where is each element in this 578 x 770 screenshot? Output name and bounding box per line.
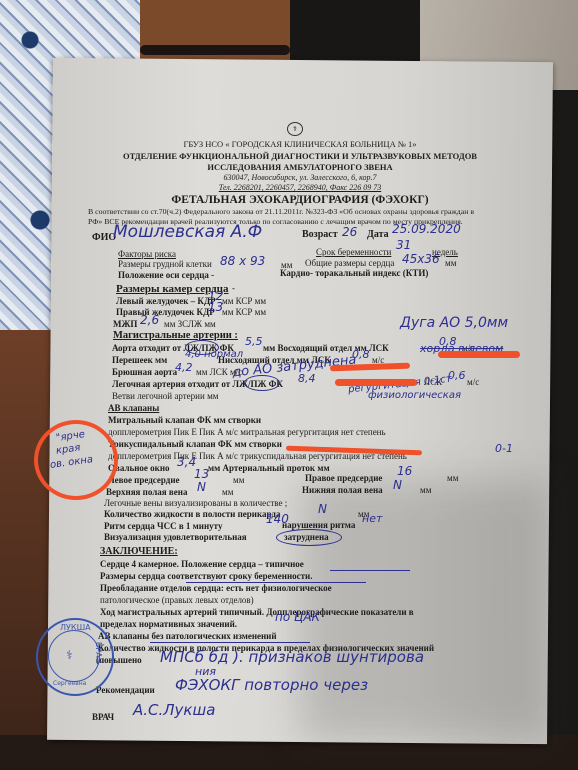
redaction-mark	[335, 379, 417, 386]
tricuspid-degree-value: 0-1	[495, 443, 513, 454]
unit: мм	[420, 486, 431, 495]
chest-size-label: Размеры грудной клетки	[118, 260, 212, 269]
av-valves-label: АВ клапаны	[108, 404, 159, 413]
dept-line1: ОТДЕЛЕНИЕ ФУНКЦИОНАЛЬНОЙ ДИАГНОСТИКИ И У…	[100, 152, 500, 161]
date-label: Дата	[367, 230, 389, 240]
conclusion-line4: патологическое (правых левых отделов)	[100, 596, 254, 605]
conclusion-line3: Преобладание отделов сердца: есть нет фи…	[100, 584, 332, 593]
visualization-label: Визуализация удовлетворительная	[104, 533, 247, 542]
pulmonary-veins-row: Легочные вены визуализированы в количест…	[104, 499, 287, 508]
ivc-value: N	[393, 479, 402, 491]
conclusion-line5: Ход магистральных артерий типичный. Допп…	[100, 608, 414, 617]
hospital-logo-icon: ⚕	[287, 122, 303, 136]
underline	[330, 570, 410, 571]
rv-label: Правый желудочек КДР	[116, 308, 215, 317]
address: 630047, Новосибирск, ул. Залесского, 6, …	[150, 174, 450, 182]
org-name: ГБУЗ НСО « ГОРОДСКАЯ КЛИНИЧЕСКАЯ БОЛЬНИЦ…	[130, 140, 470, 149]
gestation-label: Срок беременности	[316, 248, 391, 257]
legal-line1: В соответствии со ст.70(ч.2) Федеральног…	[88, 208, 474, 216]
doctor-signature: А.С.Лукша	[133, 703, 215, 718]
conclusion-line1: Сердце 4 камерное. Положение сердца – ти…	[100, 560, 304, 569]
isthmus-row: Перешеек мм	[112, 356, 167, 365]
rhythm-label: Ритм сердца ЧСС в 1 минуту	[104, 522, 222, 531]
rv-value: 13	[208, 301, 223, 313]
conclusion-title: ЗАКЛЮЧЕНИЕ:	[100, 547, 178, 557]
stamp-text-right: ВРАЧ	[94, 642, 103, 663]
note-physiological: физиологическая	[368, 391, 461, 401]
unit: мм	[233, 476, 244, 485]
pericardium-value: N	[318, 503, 327, 515]
conclusion-line9-note: МПСб бд ). признаков шунтирова	[160, 650, 424, 665]
ductus-row: мм Артериальный проток мм	[208, 464, 330, 473]
mzhp-rest: мм ЗСЛЖ мм	[164, 320, 216, 329]
risk-factors-label: Факторы риска	[118, 250, 176, 259]
abdominal-aorta-label: Брюшная аорта	[112, 368, 177, 377]
background-stripe	[140, 45, 290, 55]
age-value: 26	[342, 226, 357, 238]
heart-size-label: Общие размеры сердца	[305, 259, 394, 268]
recommendations-value: ФЭХОКГ повторно через	[175, 678, 368, 693]
phones: Тел. 2268201, 2260457, 2268940, Факс 226…	[150, 184, 450, 192]
document-title: ФЕТАЛЬНАЯ ЭХОКАРДИОГРАФИЯ (ФЭХОКГ)	[120, 195, 480, 207]
heart-size-value: 45x36	[402, 253, 440, 265]
svc-value: N	[197, 481, 206, 493]
dept-line2: ИССЛЕДОВАНИЯ АМБУЛАТОРНОГО ЗВЕНА	[130, 163, 470, 172]
chest-size-value: 88 x 93	[220, 255, 265, 267]
doctor-stamp: ЛУКША ВРАЧ Сергеевна ⚕	[36, 618, 114, 696]
gestation-value: 31	[396, 239, 411, 251]
visualization-circle	[276, 529, 342, 546]
lv-label: Левый желудочек – КДР	[116, 297, 216, 306]
mzhp-value: 2,6	[140, 314, 159, 326]
stamp-text-top: ЛУКША	[60, 623, 91, 632]
arteries-label: Магистральные артерии :	[113, 331, 238, 342]
mzhp-label: МЖП	[113, 320, 137, 329]
dash: -	[232, 284, 235, 293]
ivc-label: Нижняя полая вена	[302, 486, 383, 495]
la-value: 13	[194, 468, 209, 480]
pericardium-label: Количество жидкости в полости перикарда	[104, 510, 280, 519]
heart-axis-label: Положение оси сердца -	[118, 271, 214, 280]
abdominal-aorta-value: 4,2	[175, 362, 193, 373]
fio-value: Мошлевская А.Ф	[113, 224, 262, 241]
tricuspid-row: Трикуспидальный клапан ФК мм створки	[108, 440, 282, 449]
lv-ksr: мм КСР мм	[222, 297, 266, 306]
pa-fk-value: 8,4	[298, 373, 316, 384]
conclusion-line6-note: по ЦАК	[275, 611, 320, 623]
doctor-label: ВРАЧ	[92, 713, 114, 722]
aorta-rest: мм Восходящий отдел мм ЛСК	[263, 344, 389, 353]
rhythm-disturbance-value: нет	[362, 513, 382, 524]
tricuspid-doppler-row: допплерометрия Пик Е Пик А м/с трикуспид…	[108, 452, 407, 461]
date-value: 25.09.2020	[392, 223, 461, 235]
rv-ksr: мм КСР мм	[222, 308, 266, 317]
mitral-row: Митральный клапан ФК мм створки	[108, 416, 261, 425]
aorta-fk-value: 5,5	[245, 336, 263, 347]
recommendations-label: Рекомендации	[96, 686, 155, 695]
note-aortic-arch: Дуга АО 5,0мм	[400, 316, 508, 330]
ra-value: 16	[397, 465, 412, 477]
conclusion-line2: Размеры сердца соответствуют сроку берем…	[100, 572, 312, 581]
conclusion-line7: АВ клапаны без патологических изменений	[98, 632, 277, 641]
unit: мм	[445, 259, 456, 268]
ra-label: Правое предсердие	[305, 474, 382, 483]
stamp-text-bottom: Сергеевна	[53, 680, 86, 687]
conclusion-line6: пределах нормативных значений.	[100, 620, 237, 629]
mitral-doppler-row: допплерометрия Пик Е Пик А м/с митральна…	[108, 428, 386, 437]
unit: мм	[222, 488, 233, 497]
unit: м/с	[467, 378, 479, 387]
pa-branches-row: Ветви легочной артерии мм	[112, 392, 218, 401]
unit: мм	[447, 474, 458, 483]
stamp-inner-ring	[48, 630, 100, 682]
svc-label: Верхняя полая вена	[106, 488, 187, 497]
age-label: Возраст	[302, 230, 338, 240]
la-label: Левое предсердие	[108, 476, 180, 485]
caduceus-icon: ⚕	[66, 648, 73, 662]
kti-label: Кардио- торакальный индекс (КТИ)	[280, 269, 428, 278]
redaction-mark	[438, 351, 520, 358]
